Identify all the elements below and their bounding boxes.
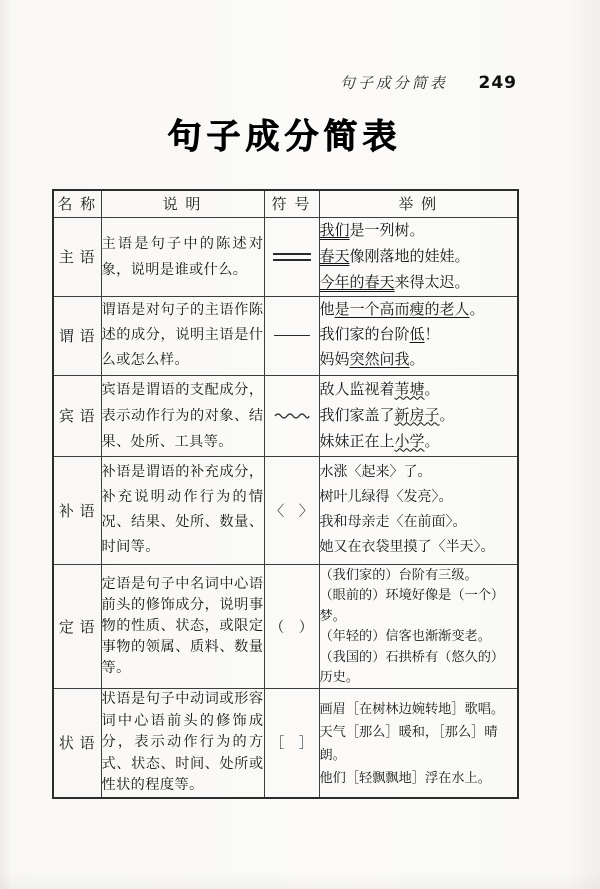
examples-cell: 他是一个高而瘦的老人。我们家的台阶低！妈妈突然问我。 xyxy=(319,296,518,375)
example-text: 朗。 xyxy=(320,747,346,762)
example-line: 敌人监视着苇塘。 xyxy=(320,377,518,403)
table-row: 主 语主语是句子中的陈述对象，说明是谁或什么。我们是一列树。春天像刚落地的娃娃。… xyxy=(53,217,518,296)
component-name-cell: 宾 语 xyxy=(53,375,101,456)
example-line: （年轻的）信客也渐渐变老。 xyxy=(320,626,518,647)
example-line: 妈妈突然问我。 xyxy=(320,348,518,373)
example-text: 历史。 xyxy=(320,669,360,684)
example-line: 水涨〈起来〉了。 xyxy=(320,460,518,485)
table-row: 状 语状语是句子中动词或形容词中心语前头的修饰成分，表示动作行为的方式、状态、时… xyxy=(53,688,518,798)
component-name-cell: 补 语 xyxy=(53,456,101,564)
component-name-cell: 谓 语 xyxy=(53,296,101,375)
example-line: 树叶儿绿得〈发亮〉。 xyxy=(320,485,518,510)
example-line: 他是一个高而瘦的老人。 xyxy=(320,298,518,323)
single-underlined-text: 是一个高而瘦的老人 xyxy=(335,302,470,318)
double-underlined-text: 今年的春天 xyxy=(320,275,395,291)
running-head-title: 句子成分简表 xyxy=(340,76,448,92)
example-text: 敌人监视着 xyxy=(320,382,395,398)
example-text: 他们［轻飘飘地］浮在水上。 xyxy=(320,770,491,785)
example-text: 她又在衣袋里摸了〈半天〉。 xyxy=(320,540,495,555)
example-line: 她又在衣袋里摸了〈半天〉。 xyxy=(320,535,518,560)
page-title: 句子成分简表 xyxy=(52,109,517,158)
description-cell: 主语是句子中的陈述对象，说明是谁或什么。 xyxy=(101,217,264,296)
example-text: 是一列树。 xyxy=(350,223,425,239)
examples-cell: 画眉［在树林边婉转地］歌唱。天气［那么］暖和，［那么］晴朗。他们［轻飘飘地］浮在… xyxy=(319,688,518,798)
example-line: 天气［那么］暖和，［那么］晴 xyxy=(320,720,518,743)
example-line: 我和母亲走〈在前面〉。 xyxy=(320,510,518,535)
running-head: 句子成分简表 249 xyxy=(0,72,517,93)
examples-cell: 水涨〈起来〉了。树叶儿绿得〈发亮〉。我和母亲走〈在前面〉。她又在衣袋里摸了〈半天… xyxy=(319,456,518,564)
single-underline-symbol xyxy=(274,335,310,337)
symbol-cell: （ ） xyxy=(264,564,319,688)
example-text: （我们家的）台阶有三级。 xyxy=(320,567,478,582)
example-line: 妹妹正在上小学。 xyxy=(320,429,518,455)
example-text: 。 xyxy=(410,352,425,368)
example-line: 我们家盖了新房子。 xyxy=(320,403,518,429)
example-line: 他们［轻飘飘地］浮在水上。 xyxy=(320,766,518,789)
example-line: 今年的春天来得太迟。 xyxy=(320,270,518,296)
symbol-cell xyxy=(264,375,319,456)
symbol-cell: 〈 〉 xyxy=(264,456,319,564)
double-underlined-text: 春天 xyxy=(320,249,350,265)
table-row: 补 语补语是谓语的补充成分，补充说明动作行为的情况、结果、处所、数量、时间等。〈… xyxy=(53,456,518,564)
parentheses-symbol: （ ） xyxy=(270,620,314,636)
example-text: 我们家的台阶 xyxy=(320,327,410,343)
example-text: （年轻的）信客也渐渐变老。 xyxy=(320,628,491,643)
table-row: 谓 语谓语是对句子的主语作陈述的成分，说明主语是什么或怎么样。他是一个高而瘦的老… xyxy=(53,296,518,375)
example-text: 。 xyxy=(425,434,440,450)
example-text: 。 xyxy=(440,408,455,424)
table-head: 名 称说 明符 号举 例 xyxy=(53,190,518,217)
component-name-cell: 主 语 xyxy=(53,217,101,296)
examples-cell: 我们是一列树。春天像刚落地的娃娃。今年的春天来得太迟。 xyxy=(319,217,518,296)
example-line: 历史。 xyxy=(320,667,518,688)
description-cell: 宾语是谓语的支配成分，表示动作行为的对象、结果、处所、工具等。 xyxy=(101,375,264,456)
example-text: （眼前的）环境好像是（一个） xyxy=(320,587,505,602)
column-header: 说 明 xyxy=(101,190,264,217)
example-line: 春天像刚落地的娃娃。 xyxy=(320,244,518,270)
example-line: 朗。 xyxy=(320,743,518,766)
description-cell: 谓语是对句子的主语作陈述的成分，说明主语是什么或怎么样。 xyxy=(101,296,264,375)
example-text: 。 xyxy=(425,382,440,398)
example-text: （我国的）石拱桥有（悠久的） xyxy=(320,649,505,664)
column-header: 举 例 xyxy=(319,190,518,217)
table-body: 主 语主语是句子中的陈述对象，说明是谁或什么。我们是一列树。春天像刚落地的娃娃。… xyxy=(53,217,518,798)
symbol-cell xyxy=(264,296,319,375)
description-cell: 补语是谓语的补充成分，补充说明动作行为的情况、结果、处所、数量、时间等。 xyxy=(101,456,264,564)
components-table: 名 称说 明符 号举 例 主 语主语是句子中的陈述对象，说明是谁或什么。我们是一… xyxy=(52,189,519,799)
example-text: 妈妈 xyxy=(320,352,350,368)
example-text: 像刚落地的娃娃。 xyxy=(350,249,470,265)
column-header: 符 号 xyxy=(264,190,319,217)
wavy-underlined-text: 小学 xyxy=(395,434,425,450)
single-underlined-text: 突然问我 xyxy=(350,352,410,368)
wavy-underlined-text: 苇塘 xyxy=(395,382,425,398)
description-cell: 状语是句子中动词或形容词中心语前头的修饰成分，表示动作行为的方式、状态、时间、处… xyxy=(101,688,264,798)
example-text: 画眉［在树林边婉转地］歌唱。 xyxy=(320,701,505,716)
example-text: 我和母亲走〈在前面〉。 xyxy=(320,515,467,530)
example-text: 树叶儿绿得〈发亮〉。 xyxy=(320,490,453,505)
examples-cell: 敌人监视着苇塘。我们家盖了新房子。妹妹正在上小学。 xyxy=(319,375,518,456)
table-row: 宾 语宾语是谓语的支配成分，表示动作行为的对象、结果、处所、工具等。敌人监视着苇… xyxy=(53,375,518,456)
example-line: （我国的）石拱桥有（悠久的） xyxy=(320,647,518,668)
example-line: 我们家的台阶低！ xyxy=(320,323,518,348)
column-header: 名 称 xyxy=(53,190,101,217)
example-text: 天气［那么］暖和，［那么］晴 xyxy=(320,724,498,739)
example-text: 。 xyxy=(470,302,485,318)
example-text: 水涨〈起来〉了。 xyxy=(320,465,432,480)
example-text: 来得太迟。 xyxy=(395,275,470,291)
example-text: 妹妹正在上 xyxy=(320,434,395,450)
example-line: 梦。 xyxy=(320,606,518,627)
double-underline-symbol xyxy=(273,253,311,261)
table-row: 定 语定语是句子中名词中心语前头的修饰成分，说明事物的性质、状态，或限定事物的领… xyxy=(53,564,518,688)
example-line: 画眉［在树林边婉转地］歌唱。 xyxy=(320,697,518,720)
angle-brackets-symbol: 〈 〉 xyxy=(270,504,314,520)
example-text: ！ xyxy=(425,327,440,343)
wavy-underline-symbol xyxy=(274,411,310,420)
example-line: （眼前的）环境好像是（一个） xyxy=(320,585,518,606)
component-name-cell: 状 语 xyxy=(53,688,101,798)
component-name-cell: 定 语 xyxy=(53,564,101,688)
example-text: 梦。 xyxy=(320,608,346,623)
page-number: 249 xyxy=(479,73,518,93)
header-row: 名 称说 明符 号举 例 xyxy=(53,190,518,217)
book-page: 句子成分简表 249 句子成分简表 名 称说 明符 号举 例 主 语主语是句子中… xyxy=(0,0,600,889)
example-line: （我们家的）台阶有三级。 xyxy=(320,565,518,586)
double-underlined-text: 我们 xyxy=(320,223,350,239)
examples-cell: （我们家的）台阶有三级。（眼前的）环境好像是（一个）梦。（年轻的）信客也渐渐变老… xyxy=(319,564,518,688)
description-cell: 定语是句子中名词中心语前头的修饰成分，说明事物的性质、状态，或限定事物的领属、质… xyxy=(101,564,264,688)
example-line: 我们是一列树。 xyxy=(320,218,518,244)
example-text: 他 xyxy=(320,302,335,318)
symbol-cell: ［ ］ xyxy=(264,688,319,798)
symbol-cell xyxy=(264,217,319,296)
wavy-underlined-text: 新房子 xyxy=(395,408,440,424)
square-brackets-symbol: ［ ］ xyxy=(270,736,314,752)
single-underlined-text: 低 xyxy=(410,327,425,343)
example-text: 我们家盖了 xyxy=(320,408,395,424)
